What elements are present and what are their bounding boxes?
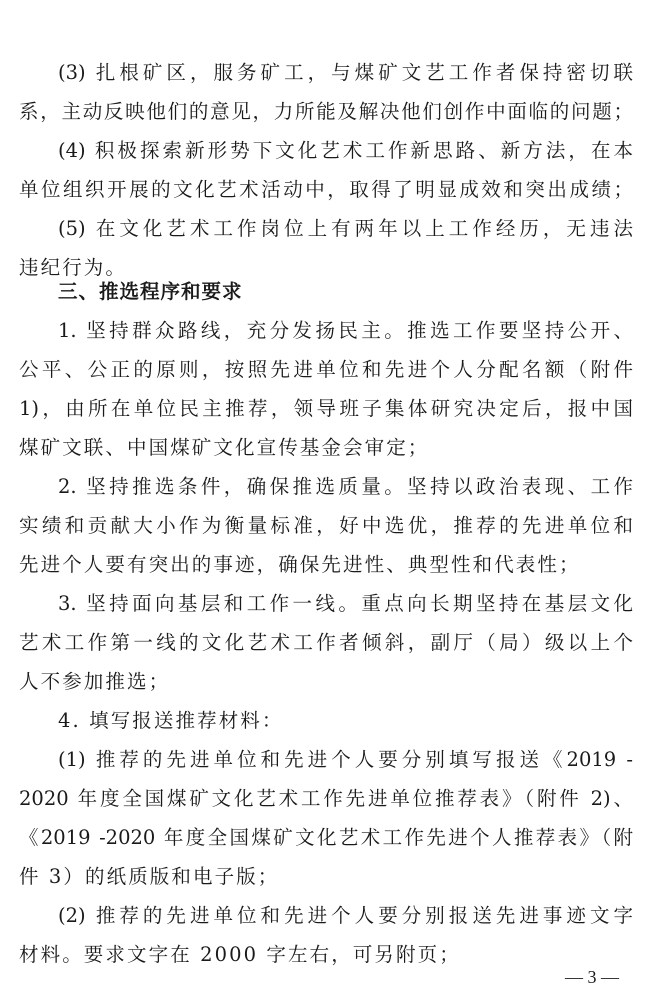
section-heading: 三、推选程序和要求	[58, 277, 633, 307]
body-text-line: (2) 推荐的先进单位和先进个人要分别报送先进事迹文字	[58, 901, 633, 931]
body-text-line: 3. 坚持面向基层和工作一线。重点向长期坚持在基层文化	[58, 589, 633, 619]
body-text-line: 系，主动反映他们的意见，力所能及解决他们创作中面临的问题；	[19, 97, 633, 127]
body-text-line: 件 3）的纸质版和电子版；	[19, 862, 633, 892]
document-page: (3) 扎根矿区，服务矿工，与煤矿文艺工作者保持密切联 系，主动反映他们的意见，…	[0, 0, 650, 994]
body-text-line: (3) 扎根矿区，服务矿工，与煤矿文艺工作者保持密切联	[58, 58, 633, 88]
body-text-line: 艺术工作第一线的文化艺术工作者倾斜，副厅（局）级以上个	[19, 628, 633, 658]
body-text-line: 2. 坚持推选条件，确保推选质量。坚持以政治表现、工作	[58, 472, 633, 502]
body-text-line: (4) 积极探索新形势下文化艺术工作新思路、新方法，在本	[58, 136, 633, 166]
body-text-line: (5) 在文化艺术工作岗位上有两年以上工作经历，无违法	[58, 214, 633, 244]
body-text-line: 实绩和贡献大小作为衡量标准，好中选优，推荐的先进单位和	[19, 511, 633, 541]
body-text-line: 先进个人要有突出的事迹，确保先进性、典型性和代表性；	[19, 550, 633, 580]
body-text-line: 2020 年度全国煤矿文化艺术工作先进单位推荐表》（附件 2)、	[19, 784, 633, 814]
body-text-line: 煤矿文联、中国煤矿文化宣传基金会审定；	[19, 433, 633, 463]
page-number: — 3 —	[565, 964, 619, 990]
body-text-line: (1) 推荐的先进单位和先进个人要分别填写报送《2019 -	[58, 745, 633, 775]
body-text-line: 4. 填写报送推荐材料：	[58, 706, 633, 736]
body-text-line: 1)，由所在单位民主推荐，领导班子集体研究决定后，报中国	[19, 394, 633, 424]
body-text-line: 1. 坚持群众路线，充分发扬民主。推选工作要坚持公开、	[58, 316, 633, 346]
body-text-line: 单位组织开展的文化艺术活动中，取得了明显成效和突出成绩；	[19, 175, 633, 205]
body-text-line: 人不参加推选；	[19, 667, 633, 697]
body-text-line: 《2019 -2020 年度全国煤矿文化艺术工作先进个人推荐表》（附	[19, 823, 633, 853]
body-text-line: 公平、公正的原则，按照先进单位和先进个人分配名额（附件	[19, 355, 633, 385]
body-text-line: 材料。要求文字在 2000 字左右，可另附页；	[19, 940, 633, 970]
